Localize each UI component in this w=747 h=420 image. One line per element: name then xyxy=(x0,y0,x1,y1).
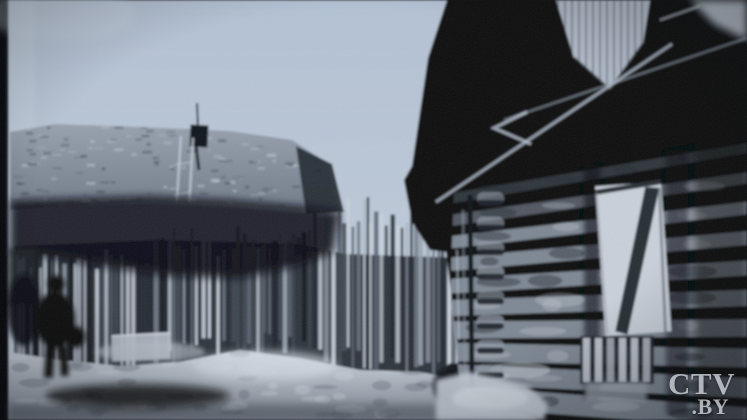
video-still-frame: CTV .BY xyxy=(0,0,747,420)
scene-canvas xyxy=(0,0,747,420)
vignette xyxy=(0,0,747,420)
